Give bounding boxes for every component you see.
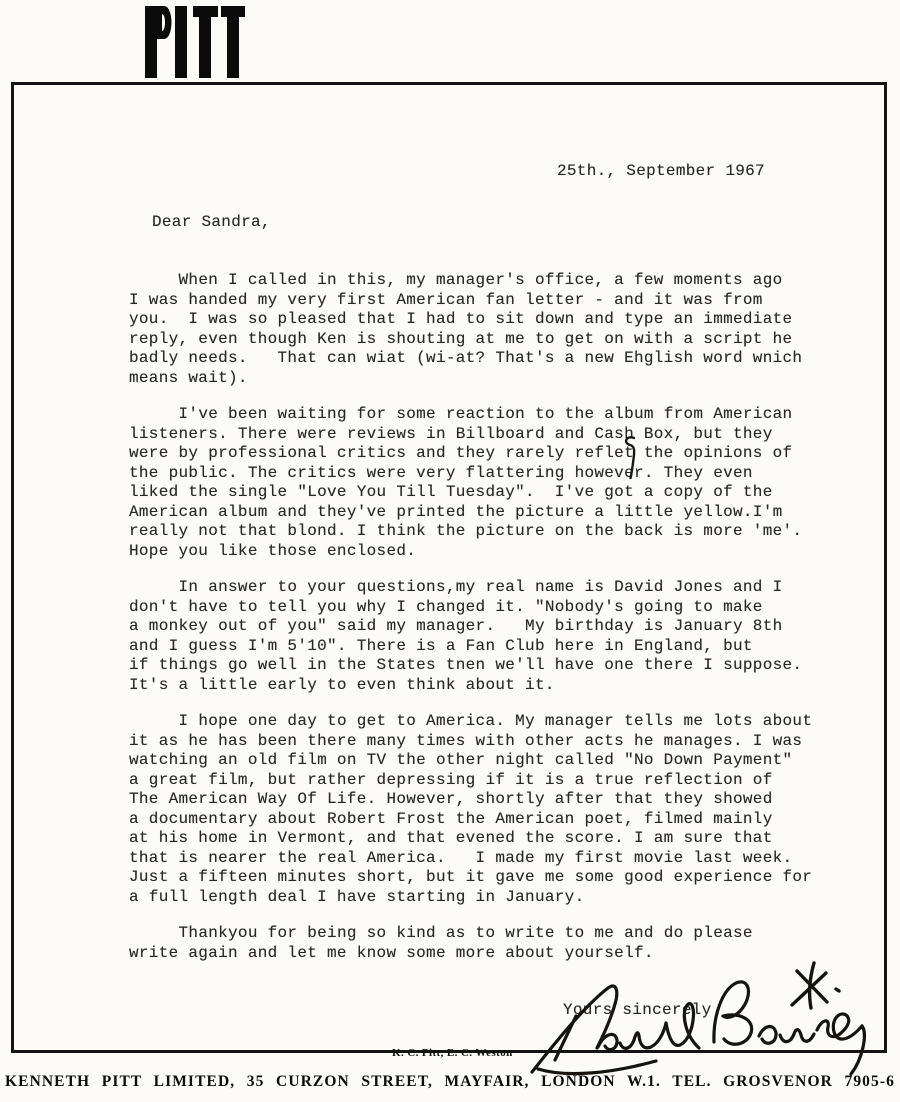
signature-star-flourish xyxy=(792,963,839,1008)
letter-paragraph: In answer to your questions,my real name… xyxy=(129,578,843,695)
letter-paragraph: I hope one day to get to America. My man… xyxy=(129,712,843,907)
salutation: Dear Sandra, xyxy=(152,213,271,233)
letter-body: When I called in this, my manager's offi… xyxy=(129,271,843,980)
letter-date: 25th., September 1967 xyxy=(557,162,765,182)
letter-paragraph: Thankyou for being so kind as to write t… xyxy=(129,924,843,963)
david-bowie-signature xyxy=(470,960,890,1082)
pen-correction-mark xyxy=(621,433,641,481)
letter-paragraph: I've been waiting for some reaction to t… xyxy=(129,405,843,561)
letter-paragraph: When I called in this, my manager's offi… xyxy=(129,271,843,388)
pitt-logo xyxy=(145,6,245,78)
letter-page: 25th., September 1967 Dear Sandra, When … xyxy=(0,0,900,1102)
